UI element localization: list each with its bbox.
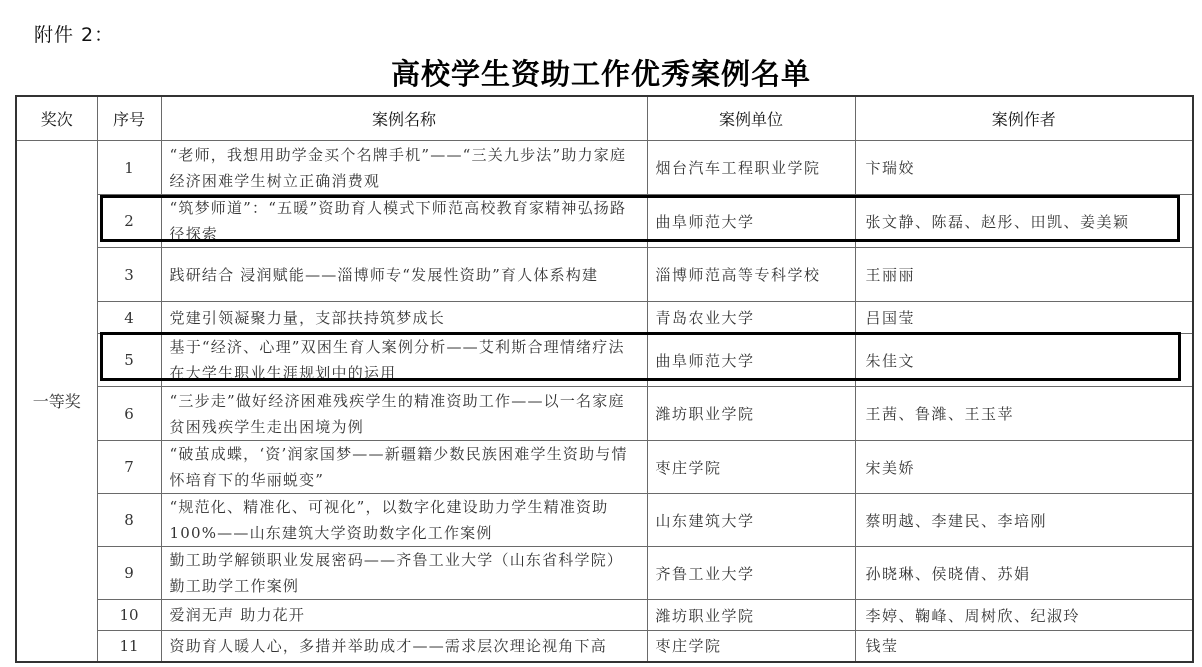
case-author: 王丽丽	[855, 248, 1193, 302]
header-unit: 案例单位	[647, 96, 855, 141]
case-unit: 烟台汽车工程职业学院	[647, 141, 855, 195]
case-author: 王茜、鲁潍、王玉苹	[855, 387, 1193, 441]
case-author: 钱莹	[855, 631, 1193, 662]
table-row: 3 践研结合 浸润赋能——淄博师专“发展性资助”育人体系构建 淄博师范高等专科学…	[16, 248, 1193, 302]
header-author: 案例作者	[855, 96, 1193, 141]
case-unit: 枣庄学院	[647, 441, 855, 494]
case-name: 资助育人暖人心，多措并举助成才——需求层次理论视角下高	[161, 631, 647, 662]
row-number: 1	[97, 141, 161, 195]
case-author: 李婷、鞠峰、周树欣、纪淑玲	[855, 600, 1193, 631]
page-title: 高校学生资助工作优秀案例名单	[0, 52, 1202, 93]
case-author: 蔡明越、李建民、李培刚	[855, 494, 1193, 547]
row-number: 6	[97, 387, 161, 441]
row-number: 5	[97, 334, 161, 387]
case-unit: 潍坊职业学院	[647, 600, 855, 631]
header-award: 奖次	[16, 96, 97, 141]
case-name: “老师，我想用助学金买个名牌手机”——“三关九步法”助力家庭经济困难学生树立正确…	[161, 141, 647, 195]
row-number: 10	[97, 600, 161, 631]
table-row: 一等奖 1 “老师，我想用助学金买个名牌手机”——“三关九步法”助力家庭经济困难…	[16, 141, 1193, 195]
row-number: 2	[97, 195, 161, 248]
table-row: 2 “筑梦师道”：“五暖”资助育人模式下师范高校教育家精神弘扬路径探索 曲阜师范…	[16, 195, 1193, 248]
case-author: 吕国莹	[855, 302, 1193, 334]
case-unit: 淄博师范高等专科学校	[647, 248, 855, 302]
table-row: 4 党建引领凝聚力量，支部扶持筑梦成长 青岛农业大学 吕国莹	[16, 302, 1193, 334]
table-header-row: 奖次 序号 案例名称 案例单位 案例作者	[16, 96, 1193, 141]
header-name: 案例名称	[161, 96, 647, 141]
header-no: 序号	[97, 96, 161, 141]
case-unit: 枣庄学院	[647, 631, 855, 662]
case-unit: 曲阜师范大学	[647, 195, 855, 248]
table-row: 11 资助育人暖人心，多措并举助成才——需求层次理论视角下高 枣庄学院 钱莹	[16, 631, 1193, 662]
case-author: 朱佳文	[855, 334, 1193, 387]
case-name: “破茧成蝶，‘资’润家国梦——新疆籍少数民族困难学生资助与情怀培育下的华丽蜕变”	[161, 441, 647, 494]
row-number: 4	[97, 302, 161, 334]
case-unit: 潍坊职业学院	[647, 387, 855, 441]
case-author: 孙晓琳、侯晓倩、苏娟	[855, 547, 1193, 600]
attachment-label: 附件 2：	[34, 20, 114, 47]
case-name: “规范化、精准化、可视化”，以数字化建设助力学生精准资助 100%——山东建筑大…	[161, 494, 647, 547]
row-number: 7	[97, 441, 161, 494]
table-row: 10 爱润无声 助力花开 潍坊职业学院 李婷、鞠峰、周树欣、纪淑玲	[16, 600, 1193, 631]
case-name: 基于“经济、心理”双困生育人案例分析——艾利斯合理情绪疗法在大学生职业生涯规划中…	[161, 334, 647, 387]
row-number: 3	[97, 248, 161, 302]
row-number: 9	[97, 547, 161, 600]
case-name: 爱润无声 助力花开	[161, 600, 647, 631]
case-unit: 曲阜师范大学	[647, 334, 855, 387]
case-name: “筑梦师道”：“五暖”资助育人模式下师范高校教育家精神弘扬路径探索	[161, 195, 647, 248]
case-author: 卞瑞姣	[855, 141, 1193, 195]
case-name: 勤工助学解锁职业发展密码——齐鲁工业大学（山东省科学院）勤工助学工作案例	[161, 547, 647, 600]
table-row: 5 基于“经济、心理”双困生育人案例分析——艾利斯合理情绪疗法在大学生职业生涯规…	[16, 334, 1193, 387]
row-number: 8	[97, 494, 161, 547]
award-level-cell: 一等奖	[16, 141, 97, 662]
table-row: 7 “破茧成蝶，‘资’润家国梦——新疆籍少数民族困难学生资助与情怀培育下的华丽蜕…	[16, 441, 1193, 494]
case-name: 践研结合 浸润赋能——淄博师专“发展性资助”育人体系构建	[161, 248, 647, 302]
case-list-table: 奖次 序号 案例名称 案例单位 案例作者 一等奖 1 “老师，我想用助学金买个名…	[15, 95, 1194, 663]
table-row: 6 “三步走”做好经济困难残疾学生的精准资助工作——以一名家庭贫困残疾学生走出困…	[16, 387, 1193, 441]
case-unit: 青岛农业大学	[647, 302, 855, 334]
case-name: “三步走”做好经济困难残疾学生的精准资助工作——以一名家庭贫困残疾学生走出困境为…	[161, 387, 647, 441]
table-row: 9 勤工助学解锁职业发展密码——齐鲁工业大学（山东省科学院）勤工助学工作案例 齐…	[16, 547, 1193, 600]
table-row: 8 “规范化、精准化、可视化”，以数字化建设助力学生精准资助 100%——山东建…	[16, 494, 1193, 547]
row-number: 11	[97, 631, 161, 662]
case-name: 党建引领凝聚力量，支部扶持筑梦成长	[161, 302, 647, 334]
case-author: 张文静、陈磊、赵彤、田凯、姜美颖	[855, 195, 1193, 248]
case-unit: 山东建筑大学	[647, 494, 855, 547]
case-unit: 齐鲁工业大学	[647, 547, 855, 600]
case-author: 宋美娇	[855, 441, 1193, 494]
